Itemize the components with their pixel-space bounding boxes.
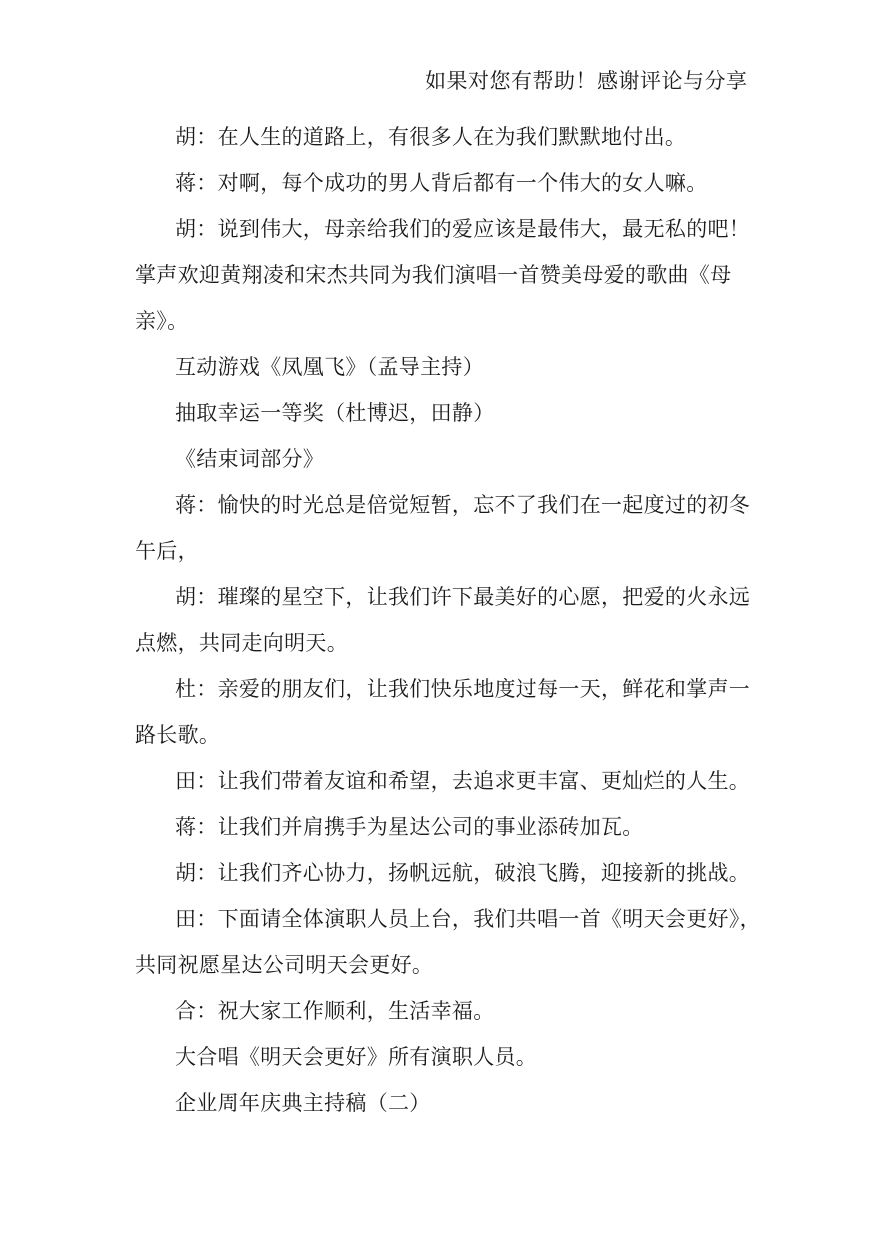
paragraph: 田：让我们带着友谊和希望，去追求更丰富、更灿烂的人生。 [135, 758, 765, 804]
paragraph: 互动游戏《凤凰飞》（孟导主持） [135, 344, 765, 390]
header-note: 如果对您有帮助！感谢评论与分享 [425, 66, 748, 96]
paragraph: 胡：说到伟大，母亲给我们的爱应该是最伟大，最无私的吧！掌声欢迎黄翔凌和宋杰共同为… [135, 206, 765, 344]
paragraph: 大合唱《明天会更好》所有演职人员。 [135, 1034, 765, 1080]
section-heading: 《结束词部分》 [135, 436, 765, 482]
paragraph: 合：祝大家工作顺利，生活幸福。 [135, 988, 765, 1034]
paragraph: 胡：在人生的道路上，有很多人在为我们默默地付出。 [135, 114, 765, 160]
paragraph: 田：下面请全体演职人员上台，我们共唱一首《明天会更好》，共同祝愿星达公司明天会更… [135, 896, 765, 988]
section-title: 企业周年庆典主持稿（二） [135, 1080, 765, 1126]
paragraph: 蒋：对啊，每个成功的男人背后都有一个伟大的女人嘛。 [135, 160, 765, 206]
paragraph: 胡：璀璨的星空下，让我们许下最美好的心愿，把爱的火永远点燃，共同走向明天。 [135, 574, 765, 666]
paragraph: 蒋：让我们并肩携手为星达公司的事业添砖加瓦。 [135, 804, 765, 850]
document-body: 胡：在人生的道路上，有很多人在为我们默默地付出。 蒋：对啊，每个成功的男人背后都… [135, 114, 765, 1126]
paragraph: 胡：让我们齐心协力，扬帆远航，破浪飞腾，迎接新的挑战。 [135, 850, 765, 896]
paragraph: 蒋：愉快的时光总是倍觉短暂，忘不了我们在一起度过的初冬午后， [135, 482, 765, 574]
paragraph: 抽取幸运一等奖（杜博迟，田静） [135, 390, 765, 436]
paragraph: 杜：亲爱的朋友们，让我们快乐地度过每一天，鲜花和掌声一路长歌。 [135, 666, 765, 758]
